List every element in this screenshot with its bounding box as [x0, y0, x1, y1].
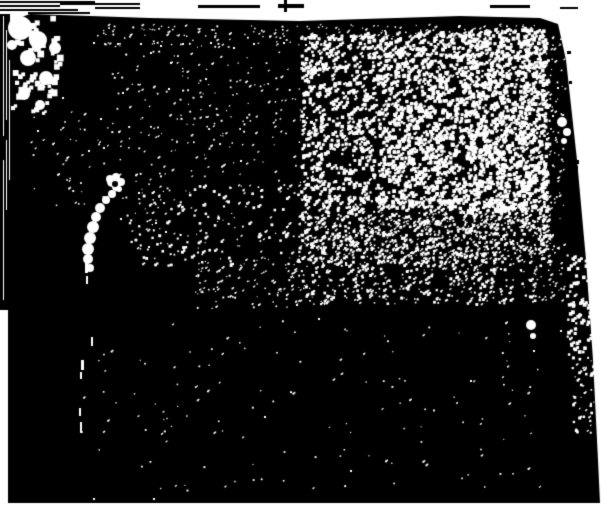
binarized-photo-canvas	[0, 0, 605, 517]
scanned-page	[0, 0, 605, 517]
